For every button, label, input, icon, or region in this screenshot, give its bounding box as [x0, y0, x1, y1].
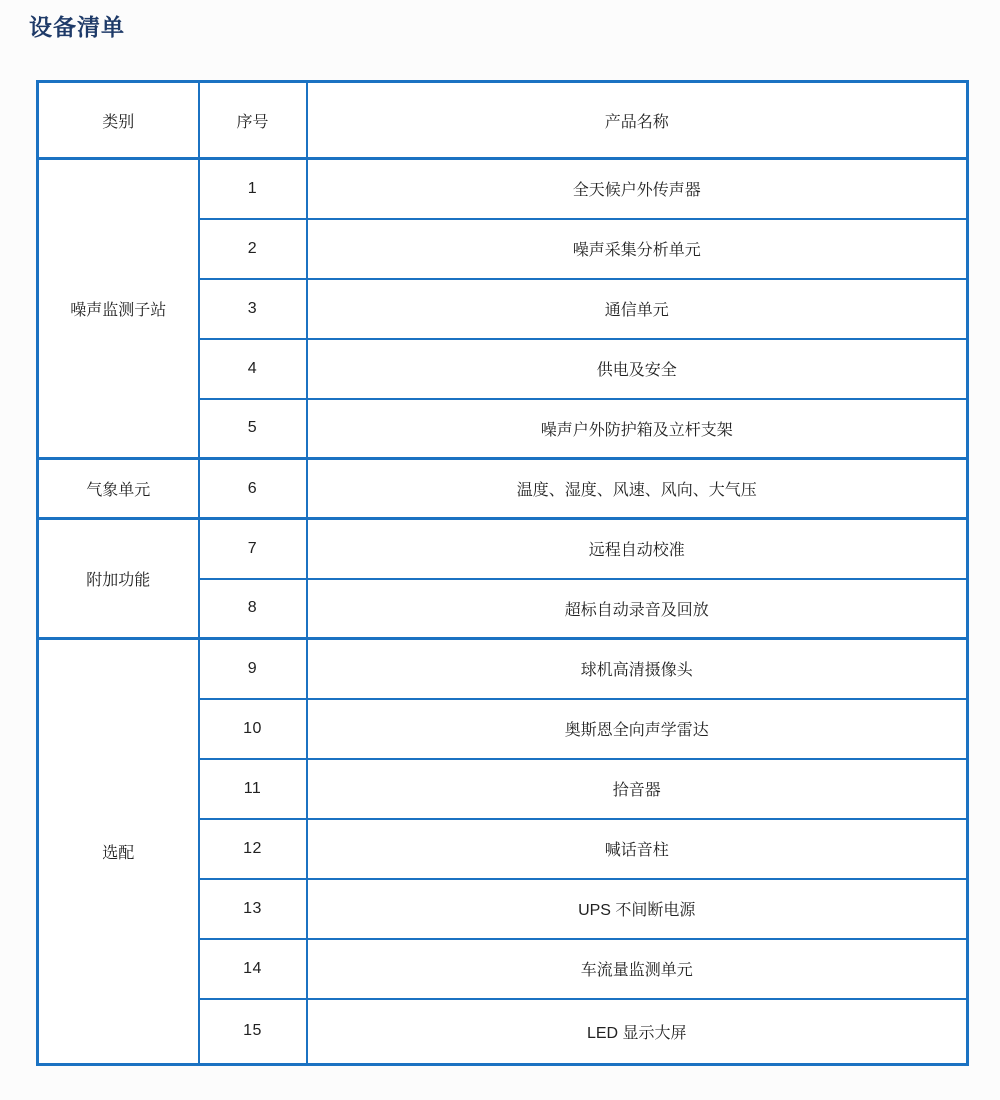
index-cell: 2 — [199, 219, 307, 279]
index-cell: 10 — [199, 699, 307, 759]
index-cell: 13 — [199, 879, 307, 939]
category-cell: 选配 — [38, 639, 199, 1065]
table-body: 噪声监测子站1全天候户外传声器2噪声采集分析单元3通信单元4供电及安全5噪声户外… — [38, 159, 968, 1065]
category-cell: 附加功能 — [38, 519, 199, 639]
product-name-cell: 供电及安全 — [307, 339, 968, 399]
product-name-cell: 噪声户外防护箱及立杆支架 — [307, 399, 968, 459]
equipment-table: 类别 序号 产品名称 噪声监测子站1全天候户外传声器2噪声采集分析单元3通信单元… — [36, 80, 969, 1066]
table-row: 噪声监测子站1全天候户外传声器 — [38, 159, 968, 219]
index-cell: 11 — [199, 759, 307, 819]
index-cell: 6 — [199, 459, 307, 519]
index-cell: 4 — [199, 339, 307, 399]
category-cell: 气象单元 — [38, 459, 199, 519]
index-cell: 8 — [199, 579, 307, 639]
product-name-cell: 通信单元 — [307, 279, 968, 339]
product-name-cell: 超标自动录音及回放 — [307, 579, 968, 639]
header-index: 序号 — [199, 82, 307, 159]
product-name-cell: 车流量监测单元 — [307, 939, 968, 999]
product-name-cell: 喊话音柱 — [307, 819, 968, 879]
table-header-row: 类别 序号 产品名称 — [38, 82, 968, 159]
product-name-cell: LED 显示大屏 — [307, 999, 968, 1065]
index-cell: 14 — [199, 939, 307, 999]
table-row: 气象单元6温度、湿度、风速、风向、大气压 — [38, 459, 968, 519]
index-cell: 3 — [199, 279, 307, 339]
index-cell: 5 — [199, 399, 307, 459]
product-name-cell: 全天候户外传声器 — [307, 159, 968, 219]
header-category: 类别 — [38, 82, 199, 159]
index-cell: 9 — [199, 639, 307, 699]
index-cell: 7 — [199, 519, 307, 579]
product-name-cell: 拾音器 — [307, 759, 968, 819]
header-product: 产品名称 — [307, 82, 968, 159]
index-cell: 12 — [199, 819, 307, 879]
product-name-cell: 球机高清摄像头 — [307, 639, 968, 699]
product-name-cell: 远程自动校准 — [307, 519, 968, 579]
category-cell: 噪声监测子站 — [38, 159, 199, 459]
document-page: 设备清单 类别 序号 产品名称 噪声监测子站1全天候户外传声器2噪声采集分析单元… — [0, 0, 1000, 1100]
product-name-cell: 奥斯恩全向声学雷达 — [307, 699, 968, 759]
index-cell: 1 — [199, 159, 307, 219]
index-cell: 15 — [199, 999, 307, 1065]
table-row: 附加功能7远程自动校准 — [38, 519, 968, 579]
table-row: 选配9球机高清摄像头 — [38, 639, 968, 699]
product-name-cell: UPS 不间断电源 — [307, 879, 968, 939]
page-title: 设备清单 — [29, 9, 125, 42]
product-name-cell: 噪声采集分析单元 — [307, 219, 968, 279]
product-name-cell: 温度、湿度、风速、风向、大气压 — [307, 459, 968, 519]
